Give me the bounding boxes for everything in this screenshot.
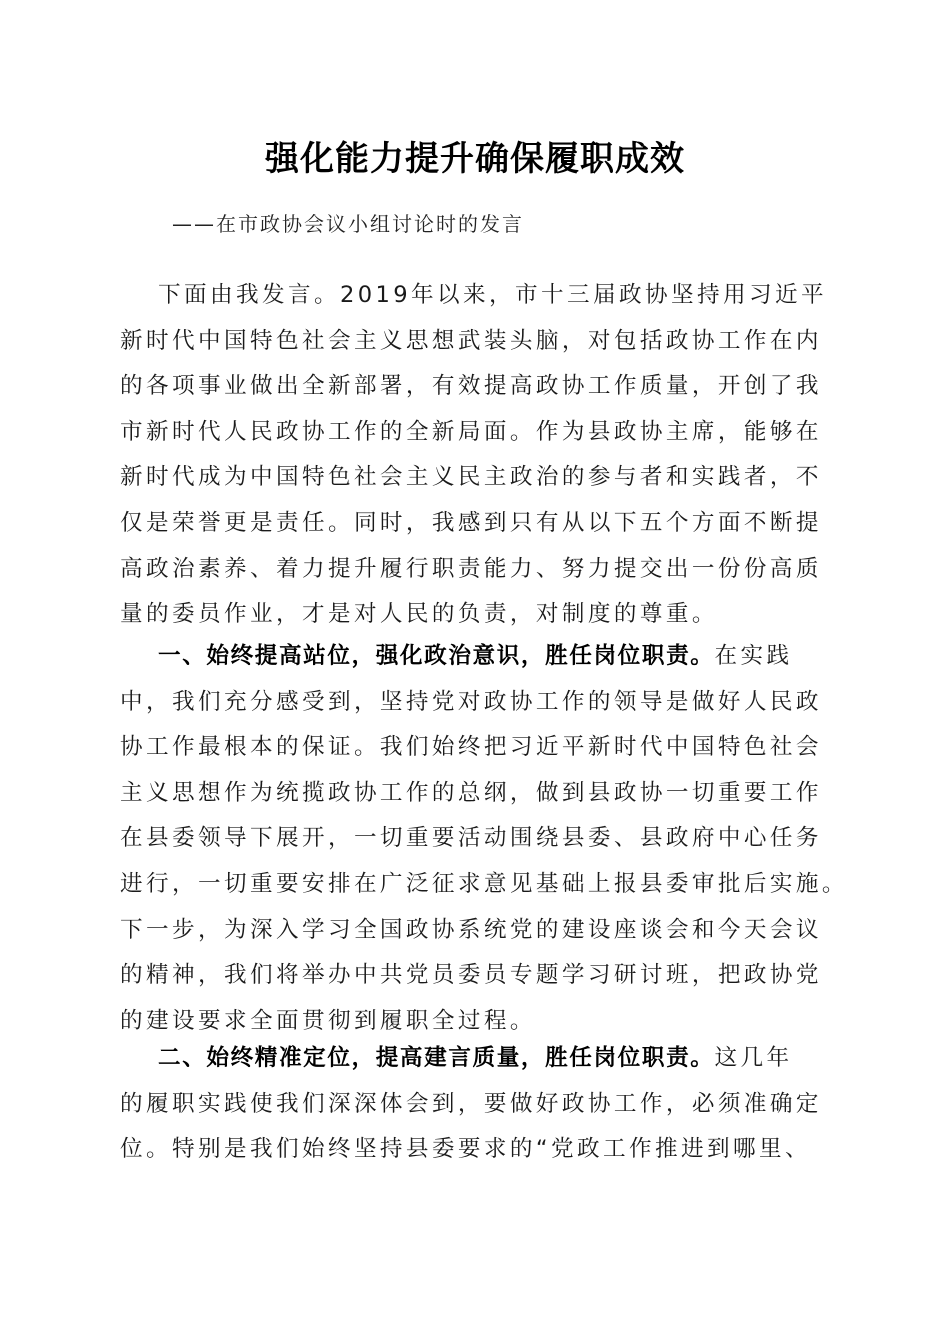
text-line: 协工作最根本的保证。我们始终把习近平新时代中国特色社会 (120, 725, 832, 771)
text-line: 新时代中国特色社会主义思想武装头脑，对包括政协工作在内 (120, 319, 832, 365)
section-heading-line: 一、始终提高站位，强化政治意识，胜任岗位职责。在实践 (120, 634, 832, 680)
document-subtitle: ——在市政协会议小组讨论时的发言 (172, 208, 524, 237)
text-line: 新时代成为中国特色社会主义民主政治的参与者和实践者，不 (120, 455, 832, 501)
text-line: 市新时代人民政协工作的全新局面。作为县政协主席，能够在 (120, 410, 832, 456)
text-line: 进行，一切重要安排在广泛征求意见基础上报县委审批后实施。 (120, 862, 832, 908)
document-title: 强化能力提升确保履职成效 (0, 136, 950, 182)
section-heading-line: 二、始终精准定位，提高建言质量，胜任岗位职责。这几年 (120, 1036, 832, 1082)
text-line: 的履职实践使我们深深体会到，要做好政协工作，必须准确定 (120, 1082, 832, 1128)
text-line: 的各项事业做出全新部署，有效提高政协工作质量，开创了我 (120, 364, 832, 410)
text-run: 这几年 (714, 1045, 792, 1071)
text-line: 位。特别是我们始终坚持县委要求的“党政工作推进到哪里、 (120, 1127, 832, 1173)
paragraph-intro: 下面由我发言。2019年以来，市十三届政协坚持用习近平 新时代中国特色社会主义思… (120, 273, 832, 638)
text-line: 主义思想作为统揽政协工作的总纲，做到县政协一切重要工作 (120, 771, 832, 817)
text-line: 高政治素养、着力提升履行职责能力、努力提交出一份份高质 (120, 547, 832, 593)
section-heading: 二、始终精准定位，提高建言质量，胜任岗位职责。 (158, 1045, 714, 1071)
text-line: 下面由我发言。2019年以来，市十三届政协坚持用习近平 (120, 273, 832, 319)
text-run: 在实践 (714, 643, 792, 669)
text-line: 量的委员作业，才是对人民的负责，对制度的尊重。 (120, 592, 832, 638)
document-page: 强化能力提升确保履职成效 ——在市政协会议小组讨论时的发言 下面由我发言。201… (0, 0, 950, 1344)
text-line: 下一步，为深入学习全国政协系统党的建设座谈会和今天会议 (120, 908, 832, 954)
text-line: 中，我们充分感受到，坚持党对政协工作的领导是做好人民政 (120, 680, 832, 726)
paragraph-section-1: 一、始终提高站位，强化政治意识，胜任岗位职责。在实践 中，我们充分感受到，坚持党… (120, 634, 832, 1044)
text-line: 的精神，我们将举办中共党员委员专题学习研讨班，把政协党 (120, 953, 832, 999)
section-heading: 一、始终提高站位，强化政治意识，胜任岗位职责。 (158, 643, 714, 669)
paragraph-section-2: 二、始终精准定位，提高建言质量，胜任岗位职责。这几年 的履职实践使我们深深体会到… (120, 1036, 832, 1173)
text-line: 仅是荣誉更是责任。同时，我感到只有从以下五个方面不断提 (120, 501, 832, 547)
text-line: 在县委领导下展开，一切重要活动围绕县委、县政府中心任务 (120, 816, 832, 862)
